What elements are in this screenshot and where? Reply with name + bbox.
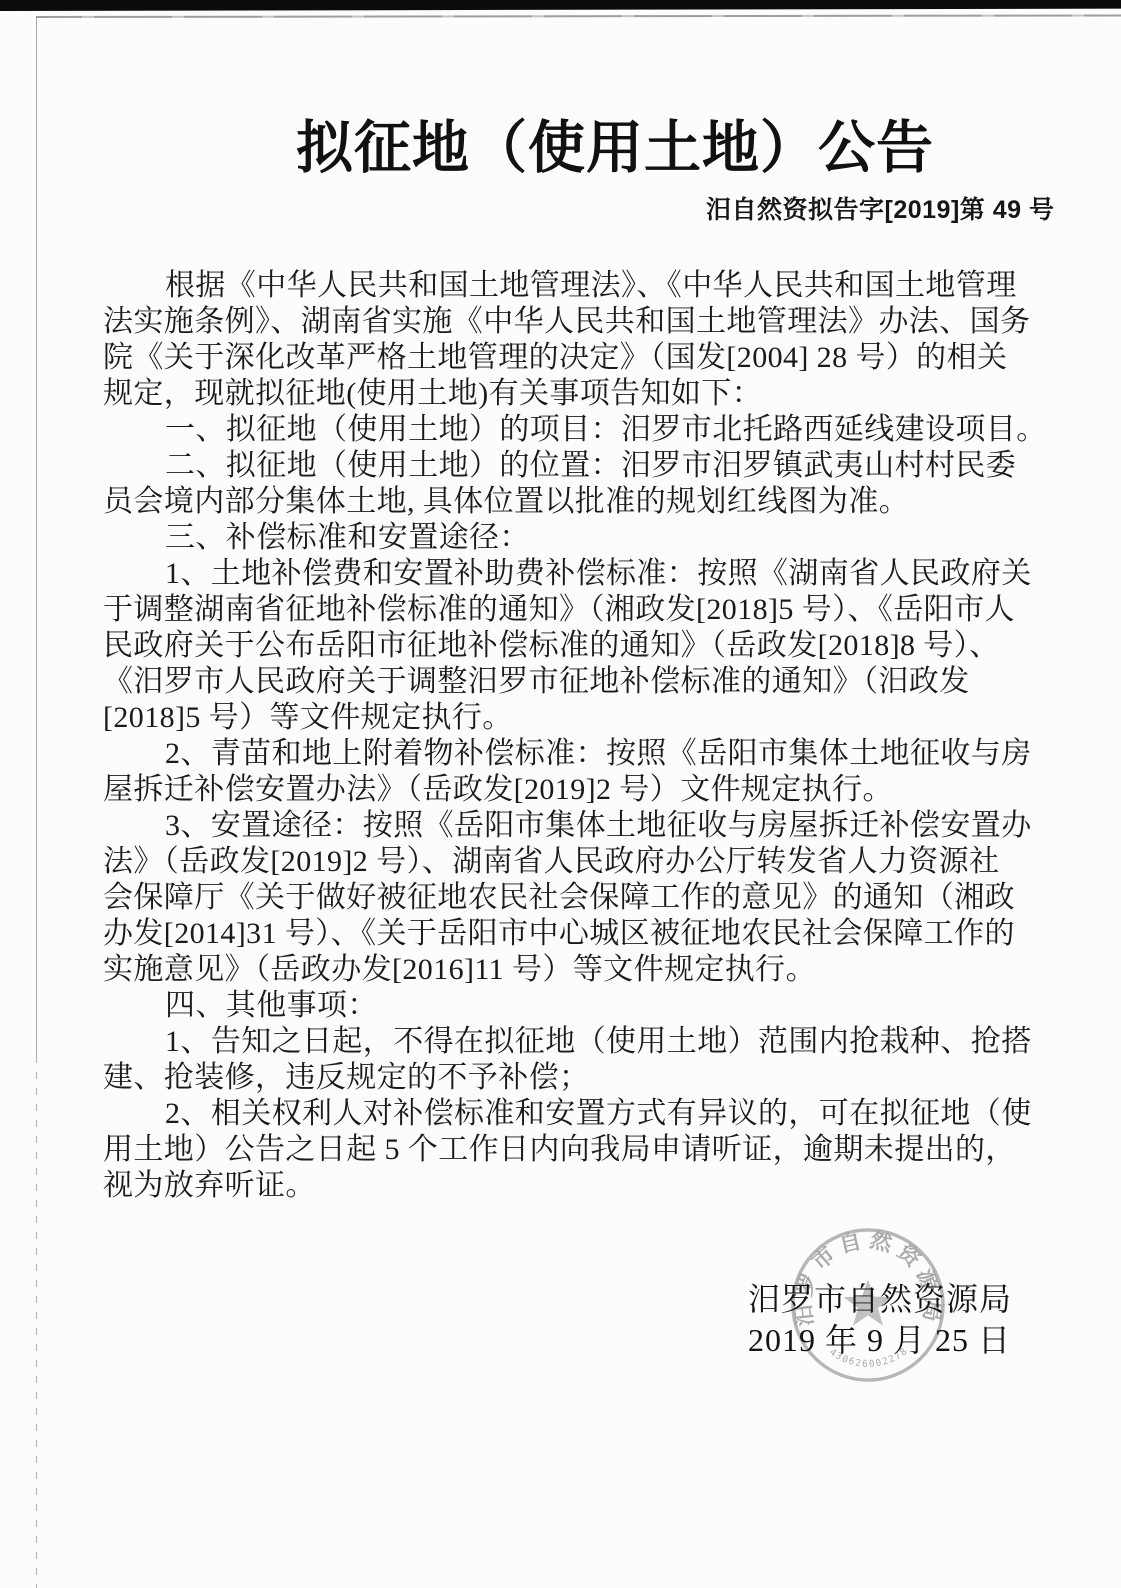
body-line: 于调整湖南省征地补偿标准的通知》（湘政发[2018]5 号）、《岳阳市人	[103, 592, 1063, 628]
body-line: 员会境内部分集体土地, 具体位置以批准的规划红线图为准。	[103, 484, 1063, 520]
signature-date: 2019 年 9 月 25 日	[748, 1320, 1012, 1361]
body-line: 四、其他事项：	[103, 988, 1063, 1024]
body-line: 会保障厅《关于做好被征地农民社会保障工作的意见》的通知（湘政	[103, 880, 1063, 916]
body-line: 一、拟征地（使用土地）的项目：汨罗市北托路西延线建设项目。	[103, 412, 1063, 448]
body-line: 建、抢装修，违反规定的不予补偿；	[103, 1060, 1063, 1096]
page-border-left-dashed	[36, 1056, 37, 1588]
body-line: 根据《中华人民共和国土地管理法》、《中华人民共和国土地管理	[103, 268, 1063, 304]
body-line: 1、告知之日起，不得在拟征地（使用土地）范围内抢栽种、抢搭	[103, 1024, 1063, 1060]
doc-number: 汨自然资拟告字[2019]第 49 号	[706, 194, 1054, 226]
body-line: 院《关于深化改革严格土地管理的决定》（国发[2004] 28 号）的相关	[103, 340, 1063, 376]
body-line: 办发[2014]31 号）、《关于岳阳市中心城区被征地农民社会保障工作的	[103, 916, 1063, 952]
body-line: 民政府关于公布岳阳市征地补偿标准的通知》（岳政发[2018]8 号）、	[103, 628, 1063, 664]
scan-artifact-top-bar	[0, 0, 1121, 11]
signature-block: 汨罗市自然资源局 2019 年 9 月 25 日	[748, 1279, 1012, 1361]
body-line: [2018]5 号）等文件规定执行。	[103, 700, 1063, 736]
body-line: 2、青苗和地上附着物补偿标准：按照《岳阳市集体土地征收与房	[103, 736, 1063, 772]
body-line: 法》（岳政发[2019]2 号）、湖南省人民政府办公厅转发省人力资源社	[103, 844, 1063, 880]
page-border-top	[36, 14, 1121, 18]
signature-issuer: 汨罗市自然资源局	[748, 1279, 1012, 1320]
body-line: 3、安置途径：按照《岳阳市集体土地征收与房屋拆迁补偿安置办	[103, 808, 1063, 844]
page-title: 拟征地（使用土地）公告	[296, 110, 934, 186]
body-line: 《汨罗市人民政府关于调整汨罗市征地补偿标准的通知》（汨政发	[103, 664, 1063, 700]
body-line: 屋拆迁补偿安置办法》（岳政发[2019]2 号）文件规定执行。	[103, 772, 1063, 808]
body-line: 法实施条例》、湖南省实施《中华人民共和国土地管理法》办法、国务	[103, 304, 1063, 340]
body-line: 二、拟征地（使用土地）的位置：汨罗市汨罗镇武夷山村村民委	[103, 448, 1063, 484]
body-line: 用土地）公告之日起 5 个工作日内向我局申请听证，逾期未提出的，	[103, 1132, 1063, 1168]
body-line: 视为放弃听证。	[103, 1168, 1063, 1204]
body-line: 实施意见》（岳政办发[2016]11 号）等文件规定执行。	[103, 952, 1063, 988]
body-line: 1、土地补偿费和安置补助费补偿标准：按照《湖南省人民政府关	[103, 556, 1063, 592]
document-body: 根据《中华人民共和国土地管理法》、《中华人民共和国土地管理 法实施条例》、湖南省…	[103, 268, 1063, 1204]
page-border-left	[36, 16, 37, 1056]
body-line: 2、相关权利人对补偿标准和安置方式有异议的，可在拟征地（使	[103, 1096, 1063, 1132]
body-line: 三、补偿标准和安置途径：	[103, 520, 1063, 556]
body-line: 规定，现就拟征地(使用土地)有关事项告知如下：	[103, 376, 1063, 412]
